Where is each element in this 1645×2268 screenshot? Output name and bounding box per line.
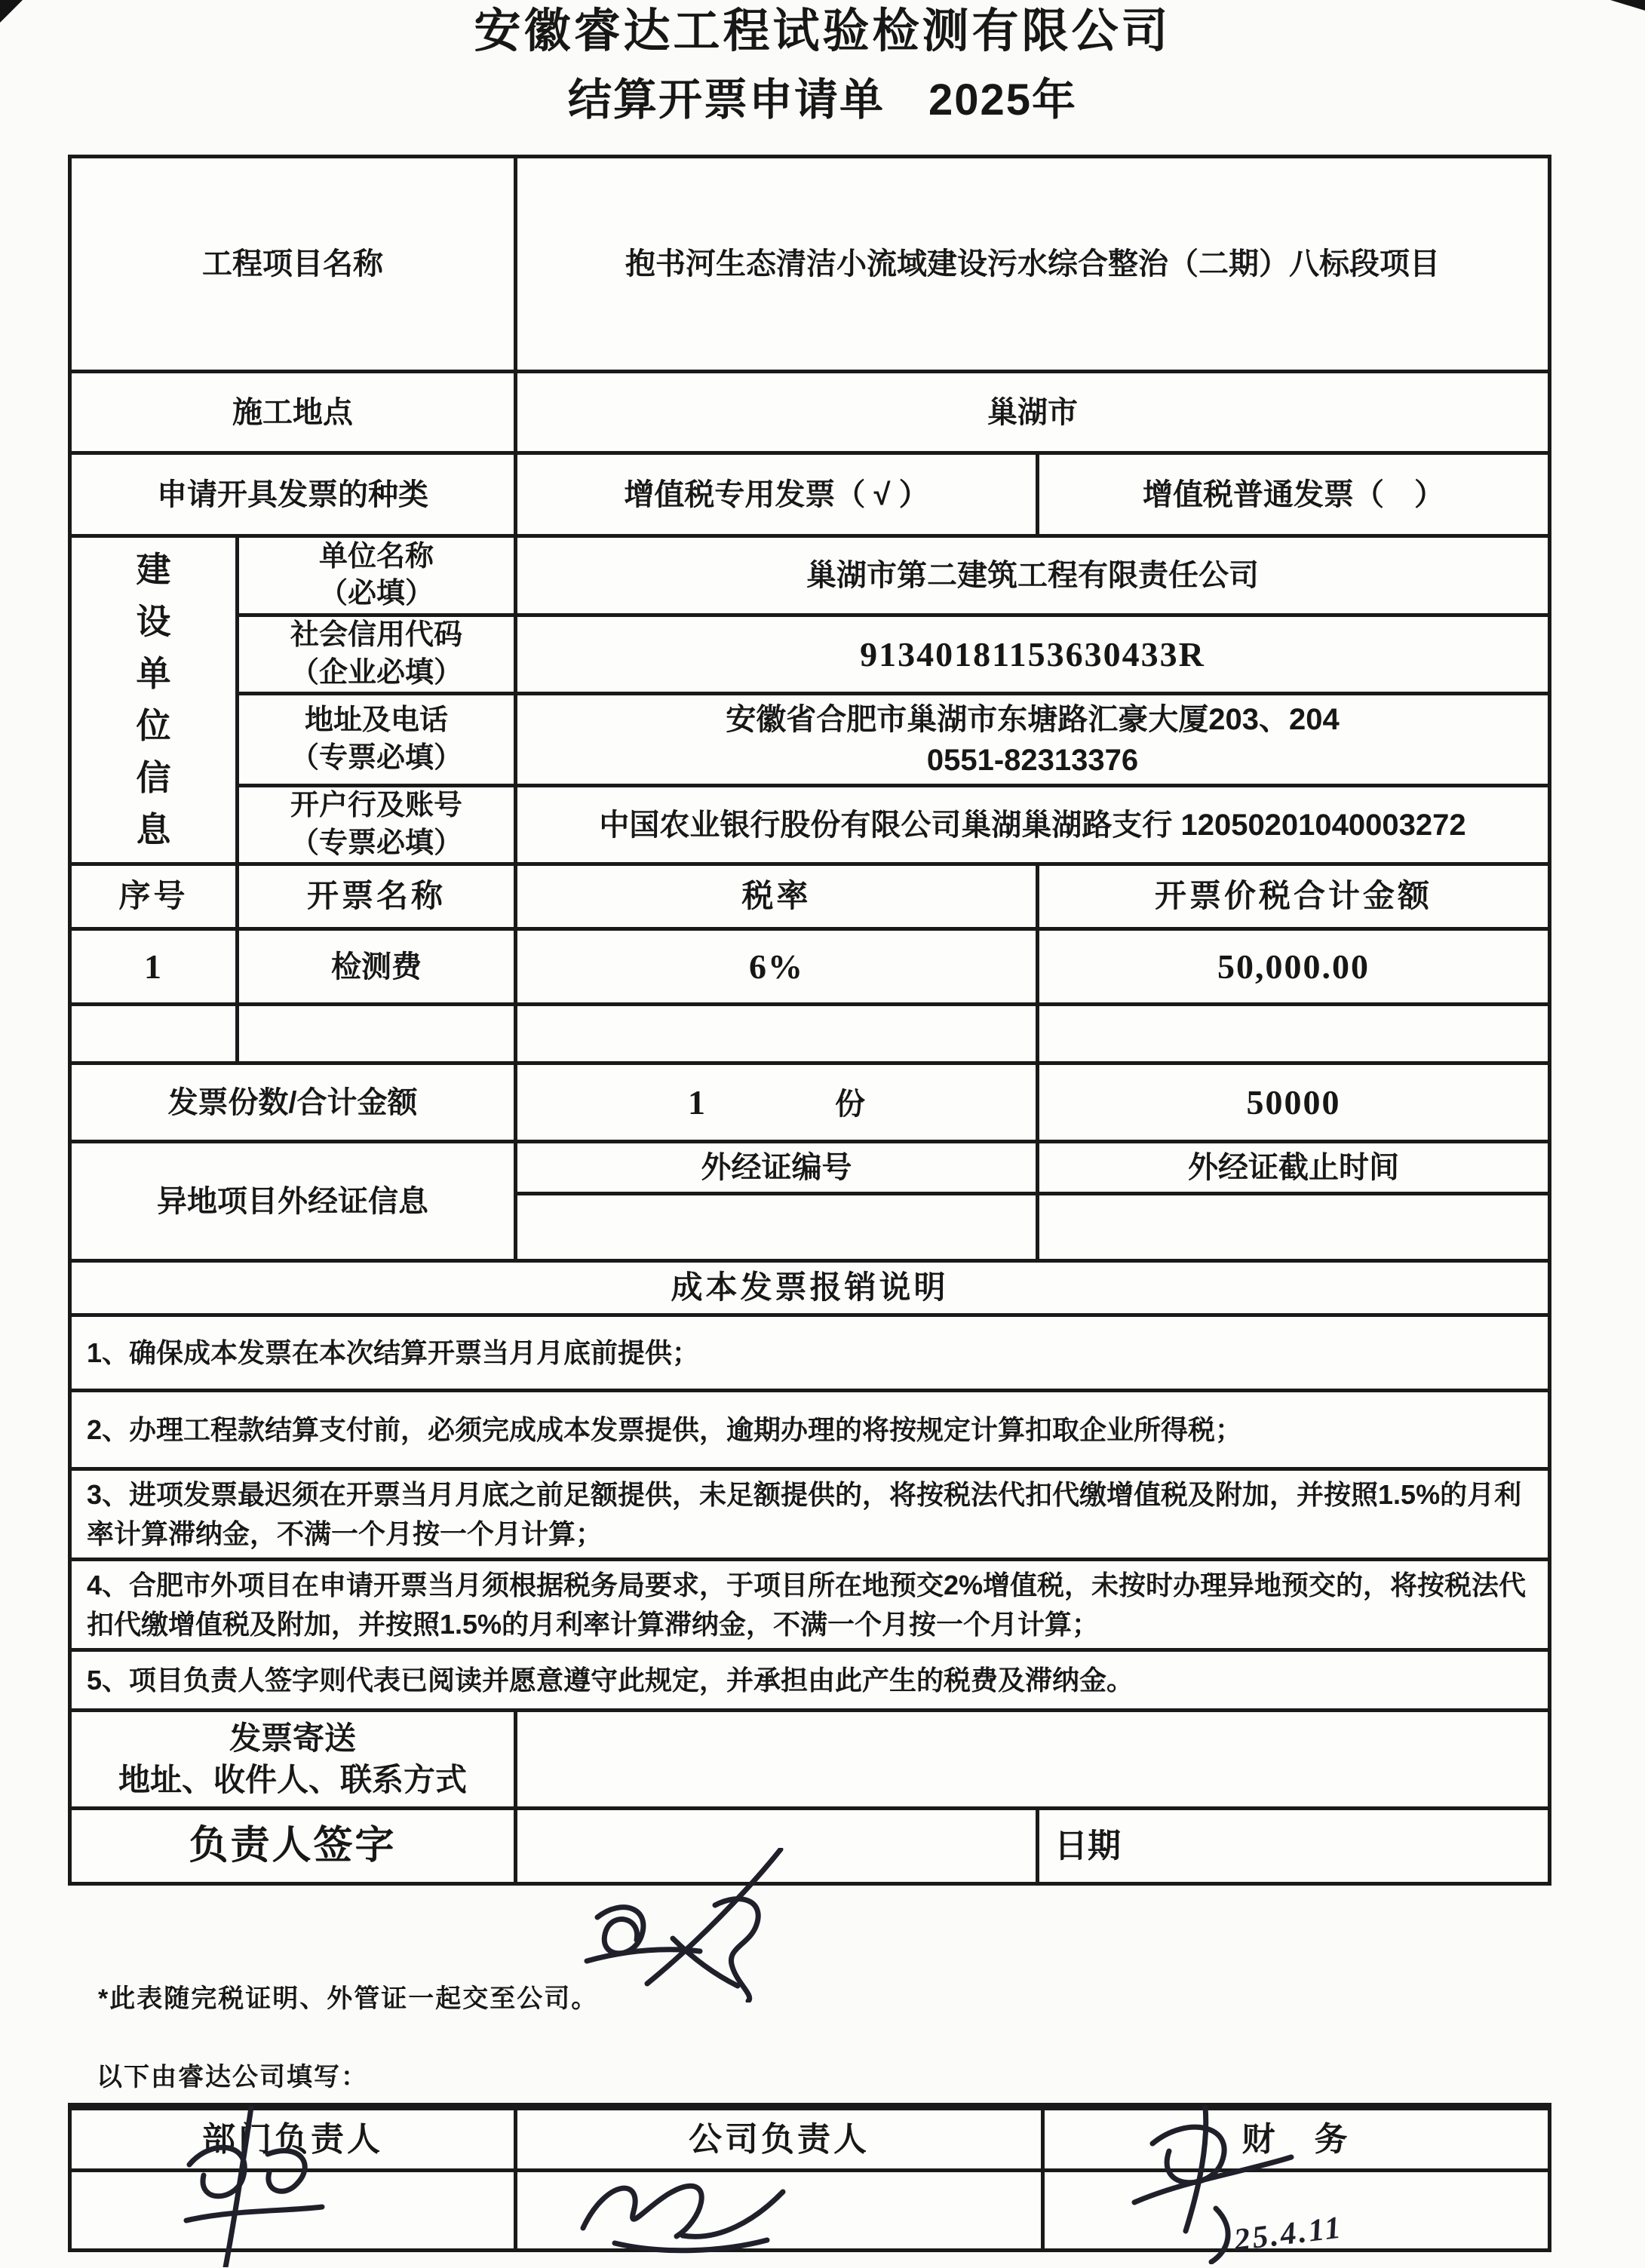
invoice-type-special: 增值税专用发票（ √ ）	[514, 455, 1036, 534]
item-rate: 6%	[514, 931, 1036, 1002]
credit-code-row: 社会信用代码 （企业必填） 91340181153630433R	[235, 613, 1548, 692]
signature-label: 负责人签字	[72, 1810, 514, 1882]
builder-info-rows: 单位名称 （必填） 巢湖市第二建筑工程有限责任公司 社会信用代码 （企业必填） …	[235, 538, 1548, 862]
count-value: 1份	[514, 1065, 1036, 1140]
empty-cell	[1036, 1006, 1548, 1061]
builder-name-value: 巢湖市第二建筑工程有限责任公司	[514, 538, 1548, 613]
col-header-name: 开票名称	[235, 866, 514, 927]
cost-note-row-4: 4、合肥市外项目在申请开票当月须根据税务局要求，于项目所在地预交2%增值税，未按…	[72, 1558, 1548, 1648]
cost-notes-title-row: 成本发票报销说明	[72, 1259, 1548, 1313]
remote-cert-value-row	[514, 1192, 1548, 1259]
cost-note-3: 3、进项发票最迟须在开票当月月底之前足额提供，未足额提供的，将按税法代扣代缴增值…	[72, 1471, 1548, 1558]
project-name-value: 抱书河生态清洁小流域建设污水综合整治（二期）八标段项目	[514, 158, 1548, 370]
cost-note-5: 5、项目负责人签字则代表已阅读并愿意遵守此规定，并承担由此产生的税费及滞纳金。	[72, 1652, 1548, 1708]
count-total-label: 发票份数/合计金额	[72, 1065, 514, 1140]
company-head-label: 公司负责人	[514, 2110, 1041, 2168]
signature-row: 负责人签字 日期	[72, 1806, 1548, 1882]
builder-info-block: 建设单位信息 单位名称 （必填） 巢湖市第二建筑工程有限责任公司 社会信用代码 …	[72, 534, 1548, 862]
total-amount-value: 50000	[1036, 1065, 1548, 1140]
bank-account-value: 中国农业银行股份有限公司巢湖巢湖路支行 12050201040003272	[514, 787, 1548, 862]
item-name: 检测费	[235, 931, 514, 1002]
application-form-table: 工程项目名称 抱书河生态清洁小流域建设污水综合整治（二期）八标段项目 施工地点 …	[68, 155, 1551, 1886]
builder-name-label: 单位名称 （必填）	[235, 538, 514, 613]
cost-note-row-1: 1、确保成本发票在本次结算开票当月月底前提供；	[72, 1313, 1548, 1389]
scanned-form-page: 安徽睿达工程试验检测有限公司 结算开票申请单2025年 工程项目名称 抱书河生态…	[0, 0, 1645, 2268]
col-header-amount: 开票价税合计金额	[1036, 866, 1548, 927]
cert-no-value	[514, 1195, 1036, 1259]
empty-cell	[235, 1006, 514, 1061]
mailing-value	[514, 1712, 1548, 1806]
cert-deadline-label: 外经证截止时间	[1036, 1143, 1548, 1192]
bank-account-label: 开户行及账号 （专票必填）	[235, 787, 514, 862]
remote-cert-header-row: 外经证编号 外经证截止时间	[514, 1143, 1548, 1192]
cost-note-row-5: 5、项目负责人签字则代表已阅读并愿意遵守此规定，并承担由此产生的税费及滞纳金。	[72, 1648, 1548, 1708]
remote-cert-rows: 外经证编号 外经证截止时间	[514, 1143, 1548, 1259]
items-header-row: 序号 开票名称 税率 开票价税合计金额	[72, 862, 1548, 927]
location-value: 巢湖市	[514, 373, 1548, 451]
cost-note-1: 1、确保成本发票在本次结算开票当月月底前提供；	[72, 1317, 1548, 1389]
cost-note-2: 2、办理工程款结算支付前，必须完成成本发票提供，逾期办理的将按规定计算扣取企业所…	[72, 1392, 1548, 1467]
location-label: 施工地点	[72, 373, 514, 451]
empty-cell	[514, 1006, 1036, 1061]
credit-code-label: 社会信用代码 （企业必填）	[235, 617, 514, 692]
col-header-no: 序号	[72, 866, 235, 927]
cost-notes-title: 成本发票报销说明	[72, 1263, 1548, 1313]
bank-account-row: 开户行及账号 （专票必填） 中国农业银行股份有限公司巢湖巢湖路支行 120502…	[235, 784, 1548, 862]
address-phone-row: 地址及电话 （专票必填） 安徽省合肥市巢湖市东塘路汇豪大厦203、204 055…	[235, 692, 1548, 784]
invoice-type-row: 申请开具发票的种类 增值税专用发票（ √ ） 增值税普通发票（ ）	[72, 451, 1548, 534]
company-title: 安徽睿达工程试验检测有限公司	[0, 5, 1645, 58]
credit-code-value: 91340181153630433R	[514, 617, 1548, 692]
builder-name-row: 单位名称 （必填） 巢湖市第二建筑工程有限责任公司	[235, 538, 1548, 613]
item-no: 1	[72, 931, 235, 1002]
form-header: 安徽睿达工程试验检测有限公司 结算开票申请单2025年	[0, 5, 1645, 127]
form-title-text: 结算开票申请单	[568, 75, 885, 124]
date-label: 日期	[1036, 1810, 1548, 1882]
cost-note-row-3: 3、进项发票最迟须在开票当月月底之前足额提供，未足额提供的，将按税法代扣代缴增值…	[72, 1467, 1548, 1558]
cert-deadline-value	[1036, 1195, 1548, 1259]
company-head-signature-cell	[514, 2172, 1041, 2248]
approval-header-row: 部门负责人 公司负责人 财 务	[72, 2107, 1548, 2168]
ruida-fill-note: 以下由睿达公司填写：	[97, 2056, 368, 2093]
cost-note-row-2: 2、办理工程款结算支付前，必须完成成本发票提供，逾期办理的将按规定计算扣取企业所…	[72, 1389, 1548, 1467]
count-number: 1	[688, 1080, 707, 1125]
signature-area	[514, 1810, 1036, 1882]
cost-note-4: 4、合肥市外项目在申请开票当月须根据税务局要求，于项目所在地预交2%增值税，未按…	[72, 1561, 1548, 1648]
address-phone-value: 安徽省合肥市巢湖市东塘路汇豪大厦203、204 0551-82313376	[514, 695, 1548, 784]
dept-head-signature-cell	[72, 2172, 514, 2248]
project-name-row: 工程项目名称 抱书河生态清洁小流域建设污水综合整治（二期）八标段项目	[72, 158, 1548, 370]
project-name-label: 工程项目名称	[72, 158, 514, 370]
remote-cert-label: 异地项目外经证信息	[72, 1143, 514, 1259]
empty-cell	[72, 1006, 235, 1061]
address-phone-label: 地址及电话 （专票必填）	[235, 695, 514, 784]
footnote: *此表随完税证明、外管证一起交至公司。	[98, 1978, 598, 2015]
form-year: 2025年	[928, 75, 1077, 124]
count-total-row: 发票份数/合计金额 1份 50000	[72, 1061, 1548, 1140]
form-title: 结算开票申请单2025年	[0, 64, 1645, 127]
invoice-type-general: 增值税普通发票（ ）	[1036, 455, 1548, 534]
cert-no-label: 外经证编号	[514, 1143, 1036, 1192]
mailing-label: 发票寄送 地址、收件人、联系方式	[72, 1712, 514, 1806]
remote-cert-block: 异地项目外经证信息 外经证编号 外经证截止时间	[72, 1140, 1548, 1259]
invoice-type-label: 申请开具发票的种类	[72, 455, 514, 534]
item-amount: 50,000.00	[1036, 931, 1548, 1002]
dept-head-label: 部门负责人	[72, 2110, 514, 2168]
count-unit: 份	[835, 1085, 865, 1124]
finance-label: 财 务	[1041, 2110, 1548, 2168]
builder-info-side-label: 建设单位信息	[72, 538, 235, 862]
col-header-rate: 税率	[514, 866, 1036, 927]
item-row-empty	[72, 1002, 1548, 1061]
item-row-1: 1 检测费 6% 50,000.00	[72, 927, 1548, 1002]
mailing-row: 发票寄送 地址、收件人、联系方式	[72, 1708, 1548, 1806]
location-row: 施工地点 巢湖市	[72, 370, 1548, 451]
